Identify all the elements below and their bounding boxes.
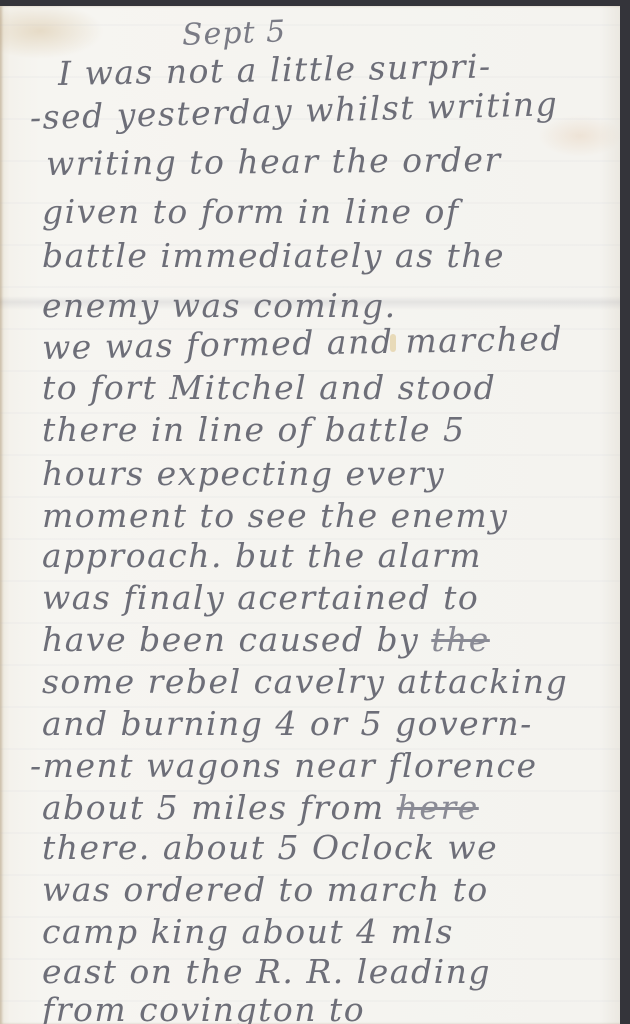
- letter-line-10: hours expecting every: [42, 454, 445, 494]
- letter-line-7: we was formed and marched: [42, 319, 564, 368]
- letter-line-12: approach. but the alarm: [42, 536, 482, 576]
- letter-line-20: was ordered to march to: [42, 870, 489, 910]
- letter-line-8: to fort Mitchel and stood: [42, 368, 496, 408]
- letter-body: Sept 5 I was not a little surpri- -sed y…: [0, 6, 620, 1024]
- letter-line-15: some rebel cavelry attacking: [42, 662, 568, 702]
- letter-line-13: was finaly acertained to: [42, 578, 479, 618]
- letter-line-3: writing to hear the order: [46, 140, 502, 184]
- letter-line-23: from covington to: [42, 990, 365, 1024]
- letter-page: Sept 5 I was not a little surpri- -sed y…: [0, 6, 620, 1024]
- letter-line-14-text: have been caused by: [42, 620, 419, 659]
- letter-line-22: east on the R. R. leading: [42, 952, 491, 992]
- letter-line-14: have been caused by the: [42, 620, 490, 660]
- letter-line-18: about 5 miles from here: [42, 788, 479, 828]
- letter-line-17: -ment wagons near florence: [30, 746, 538, 786]
- letter-line-4: given to form in line of: [42, 192, 460, 232]
- letter-line-5: battle immediately as the: [42, 236, 505, 276]
- letter-line-19: there. about 5 Oclock we: [42, 828, 498, 868]
- letter-line-21: camp king about 4 mls: [42, 912, 454, 952]
- date-heading: Sept 5: [181, 14, 286, 53]
- letter-line-9: there in line of battle 5: [42, 410, 465, 450]
- letter-line-6: enemy was coming.: [42, 286, 397, 326]
- letter-line-16: and burning 4 or 5 govern-: [42, 704, 533, 744]
- struck-word: the: [431, 620, 490, 659]
- letter-line-18-text: about 5 miles from: [42, 788, 385, 827]
- struck-word: here: [397, 788, 479, 827]
- letter-line-11: moment to see the enemy: [42, 496, 508, 536]
